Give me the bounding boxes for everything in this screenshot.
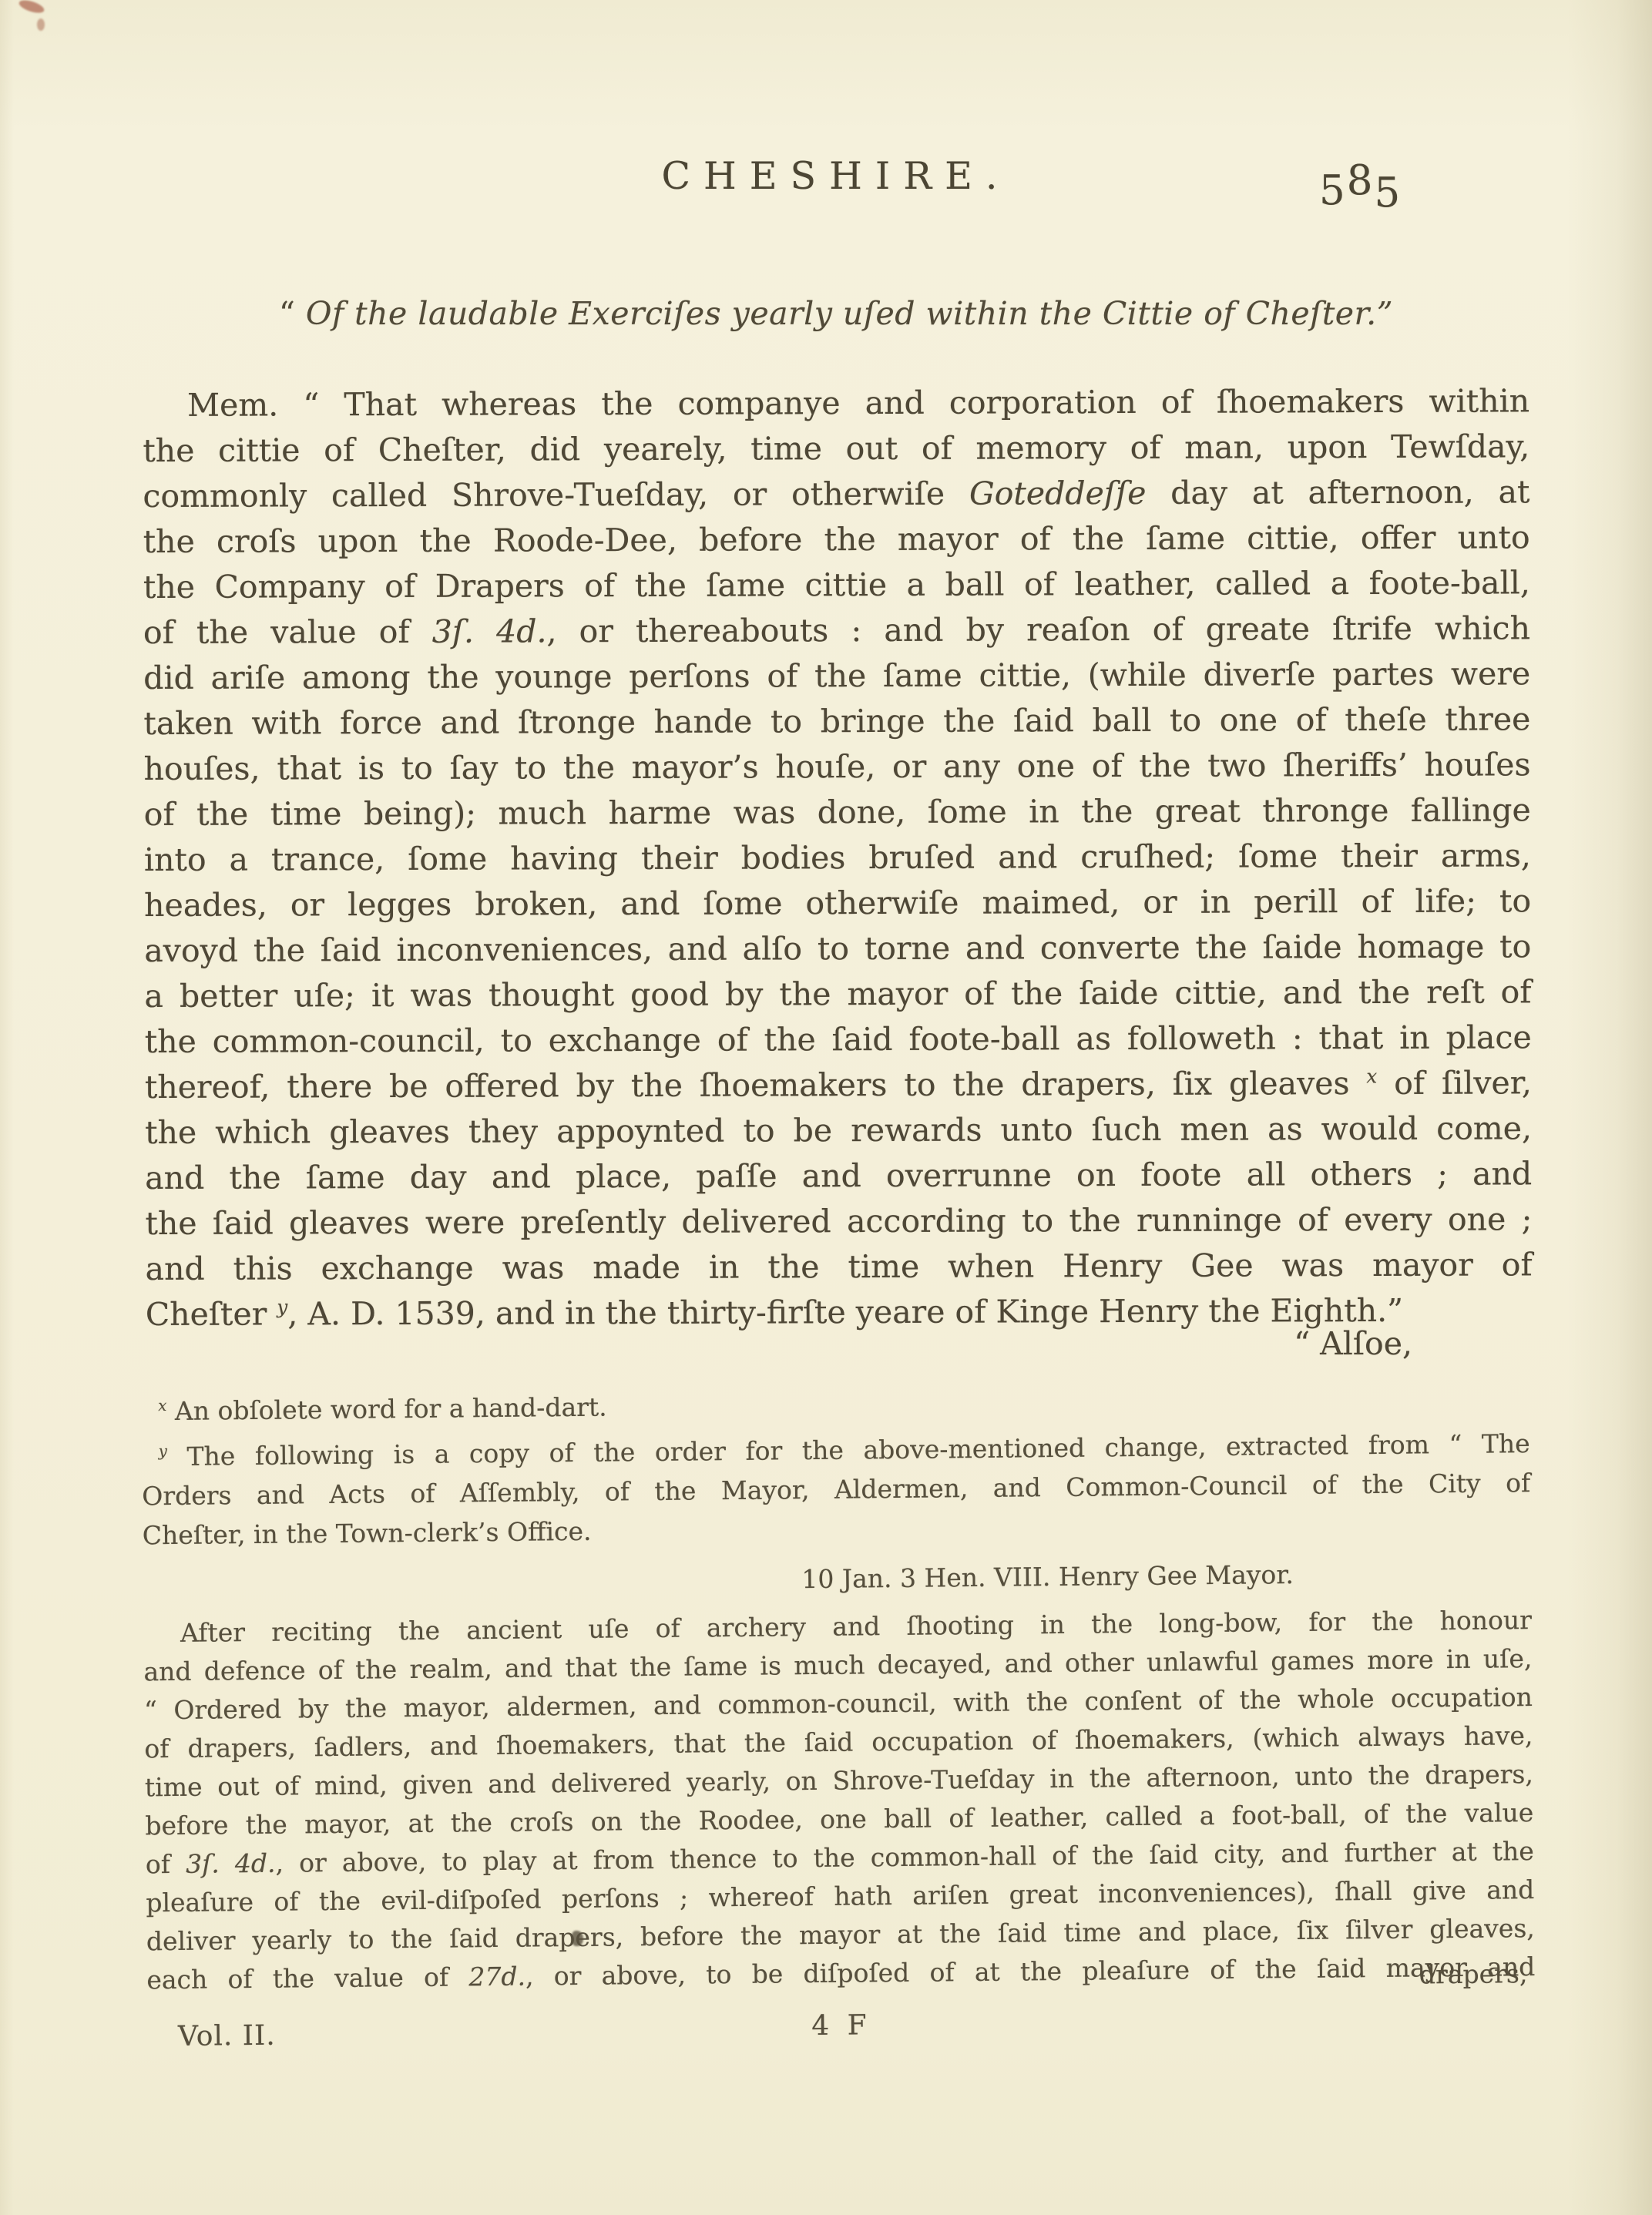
text-segment: a better uſe; it was thought good by the… xyxy=(144,973,1531,1015)
text-segment: Mem. “ That whereas the companye and cor… xyxy=(187,382,1529,423)
body-line: a better uſe; it was thought good by the… xyxy=(144,969,1531,1019)
paper-speck xyxy=(37,18,45,31)
text-segment: of the value of xyxy=(143,613,432,651)
body-line: taken with force and ſtronge hande to br… xyxy=(143,696,1530,747)
page-footer: Vol. II.4 F xyxy=(147,2004,1536,2063)
body-line: houſes, that is to ſay to the mayor’s ho… xyxy=(143,742,1530,792)
text-segment: houſes, that is to ſay to the mayor’s ho… xyxy=(143,746,1530,787)
text-segment: of the time being); much harme was done,… xyxy=(144,791,1531,833)
text-segment: the ſaid gleaves were preſently delivere… xyxy=(145,1200,1532,1242)
page-number-digit: 8 xyxy=(1347,157,1375,204)
text-segment: Goteddeſſe xyxy=(969,475,1147,512)
text-segment: taken with force and ſtronge hande to br… xyxy=(143,700,1530,742)
heading-segment: Of the laudable Exerciſes yearly uſed wi… xyxy=(306,295,1393,332)
text-segment: avoyd the ſaid inconveniences, and alſo … xyxy=(144,928,1531,969)
text-segment: commonly called Shrove-Tueſday, or other… xyxy=(143,475,969,515)
book-page: CHESHIRE. 585 “ Of the laudable Exerciſe… xyxy=(0,0,1652,2215)
body-line: the Company of Drapers of the ſame citti… xyxy=(143,560,1530,610)
text-segment: heades, or legges broken, and ſome other… xyxy=(144,882,1531,924)
footnote-marker: y xyxy=(277,1296,287,1318)
section-heading: “ Of the laudable Exerciſes yearly uſed … xyxy=(143,295,1529,332)
text-segment: An obſolete word for a hand-dart. xyxy=(166,1392,607,1426)
text-segment: , or above, to be diſpoſed of at the ple… xyxy=(525,1952,1536,1992)
footnote-line: 10 Jan. 3 Hen. VIII. Henry Gee Mayor. xyxy=(143,1552,1531,1605)
text-segment: into a trance, ſome having their bodies … xyxy=(144,837,1531,878)
body-line: the cittie of Cheſter, did yearely, time… xyxy=(143,424,1529,474)
body-line: of the time being); much harme was done,… xyxy=(144,787,1531,837)
text-segment: the which gleaves they appoynted to be r… xyxy=(145,1109,1532,1151)
body-line: did ariſe among the younge perſons of th… xyxy=(143,651,1530,701)
body-line: the common-council, to exchange of the ſ… xyxy=(145,1015,1532,1065)
footnote-marker: x xyxy=(1366,1065,1377,1087)
body-line: the ſaid gleaves were preſently delivere… xyxy=(145,1196,1532,1247)
text-segment: the Company of Drapers of the ſame citti… xyxy=(143,564,1530,606)
text-segment: the common-council, to exchange of the ſ… xyxy=(145,1019,1532,1060)
text-segment: the croſs upon the Roode-Dee, before the… xyxy=(143,519,1530,560)
footnote-marker: y xyxy=(159,1442,167,1460)
body-line: and this exchange was made in the time w… xyxy=(146,1242,1533,1292)
catchword: “ Alſoe, xyxy=(143,1325,1412,1362)
text-segment: did ariſe among the younge perſons of th… xyxy=(143,655,1530,696)
body-line: heades, or legges broken, and ſome other… xyxy=(144,878,1531,928)
text-segment: Cheſter, in the Town-clerk’s Office. xyxy=(143,1516,592,1551)
body-line: thereof, there be offered by the ſhoemak… xyxy=(145,1060,1532,1110)
page-number: 585 xyxy=(1319,163,1402,210)
text-segment: of xyxy=(146,1849,186,1879)
text-segment: day at afternoon, at xyxy=(1146,473,1529,512)
text-segment: of ſilver, xyxy=(1377,1064,1532,1102)
text-segment: and this exchange was made in the time w… xyxy=(146,1246,1533,1287)
page-number-digit: 5 xyxy=(1319,167,1347,214)
body-paragraph: Mem. “ That whereas the companye and cor… xyxy=(143,378,1533,1337)
text-segment: 27d. xyxy=(468,1962,525,1992)
body-line: of the value of 3ſ. 4d., or thereabouts … xyxy=(143,606,1530,656)
paper-speck xyxy=(18,0,45,15)
text-segment: 3ſ. 4d. xyxy=(186,1848,276,1879)
body-line: into a trance, ſome having their bodies … xyxy=(144,833,1531,883)
body-line: commonly called Shrove-Tueſday, or other… xyxy=(143,469,1529,519)
text-segment: the cittie of Cheſter, did yearely, time… xyxy=(143,428,1529,469)
page-number-digit: 5 xyxy=(1374,169,1402,216)
text-segment: and the ſame day and place, paſſe and ov… xyxy=(145,1155,1532,1196)
text-segment: 3ſ. 4d. xyxy=(432,612,547,649)
signature-mark: 4 F xyxy=(147,1999,1536,2052)
footnote-marker: x xyxy=(158,1397,166,1415)
heading-segment: “ xyxy=(279,295,306,332)
text-segment: thereof, there be offered by the ſhoemak… xyxy=(145,1065,1367,1106)
body-line: the croſs upon the Roode-Dee, before the… xyxy=(143,515,1530,565)
text-segment: each of the value of xyxy=(146,1962,468,1995)
footnotes-block: x An obſolete word for a hand-dart.y The… xyxy=(141,1378,1536,2063)
body-line: and the ſame day and place, paſſe and ov… xyxy=(145,1151,1532,1201)
body-line: avoyd the ſaid inconveniences, and alſo … xyxy=(144,924,1531,974)
text-segment: 10 Jan. 3 Hen. VIII. Henry Gee Mayor. xyxy=(801,1559,1294,1594)
body-line: the which gleaves they appoynted to be r… xyxy=(145,1106,1532,1156)
text-segment: , or thereabouts : and by reaſon of grea… xyxy=(546,609,1530,649)
body-line: Mem. “ That whereas the companye and cor… xyxy=(143,378,1529,428)
